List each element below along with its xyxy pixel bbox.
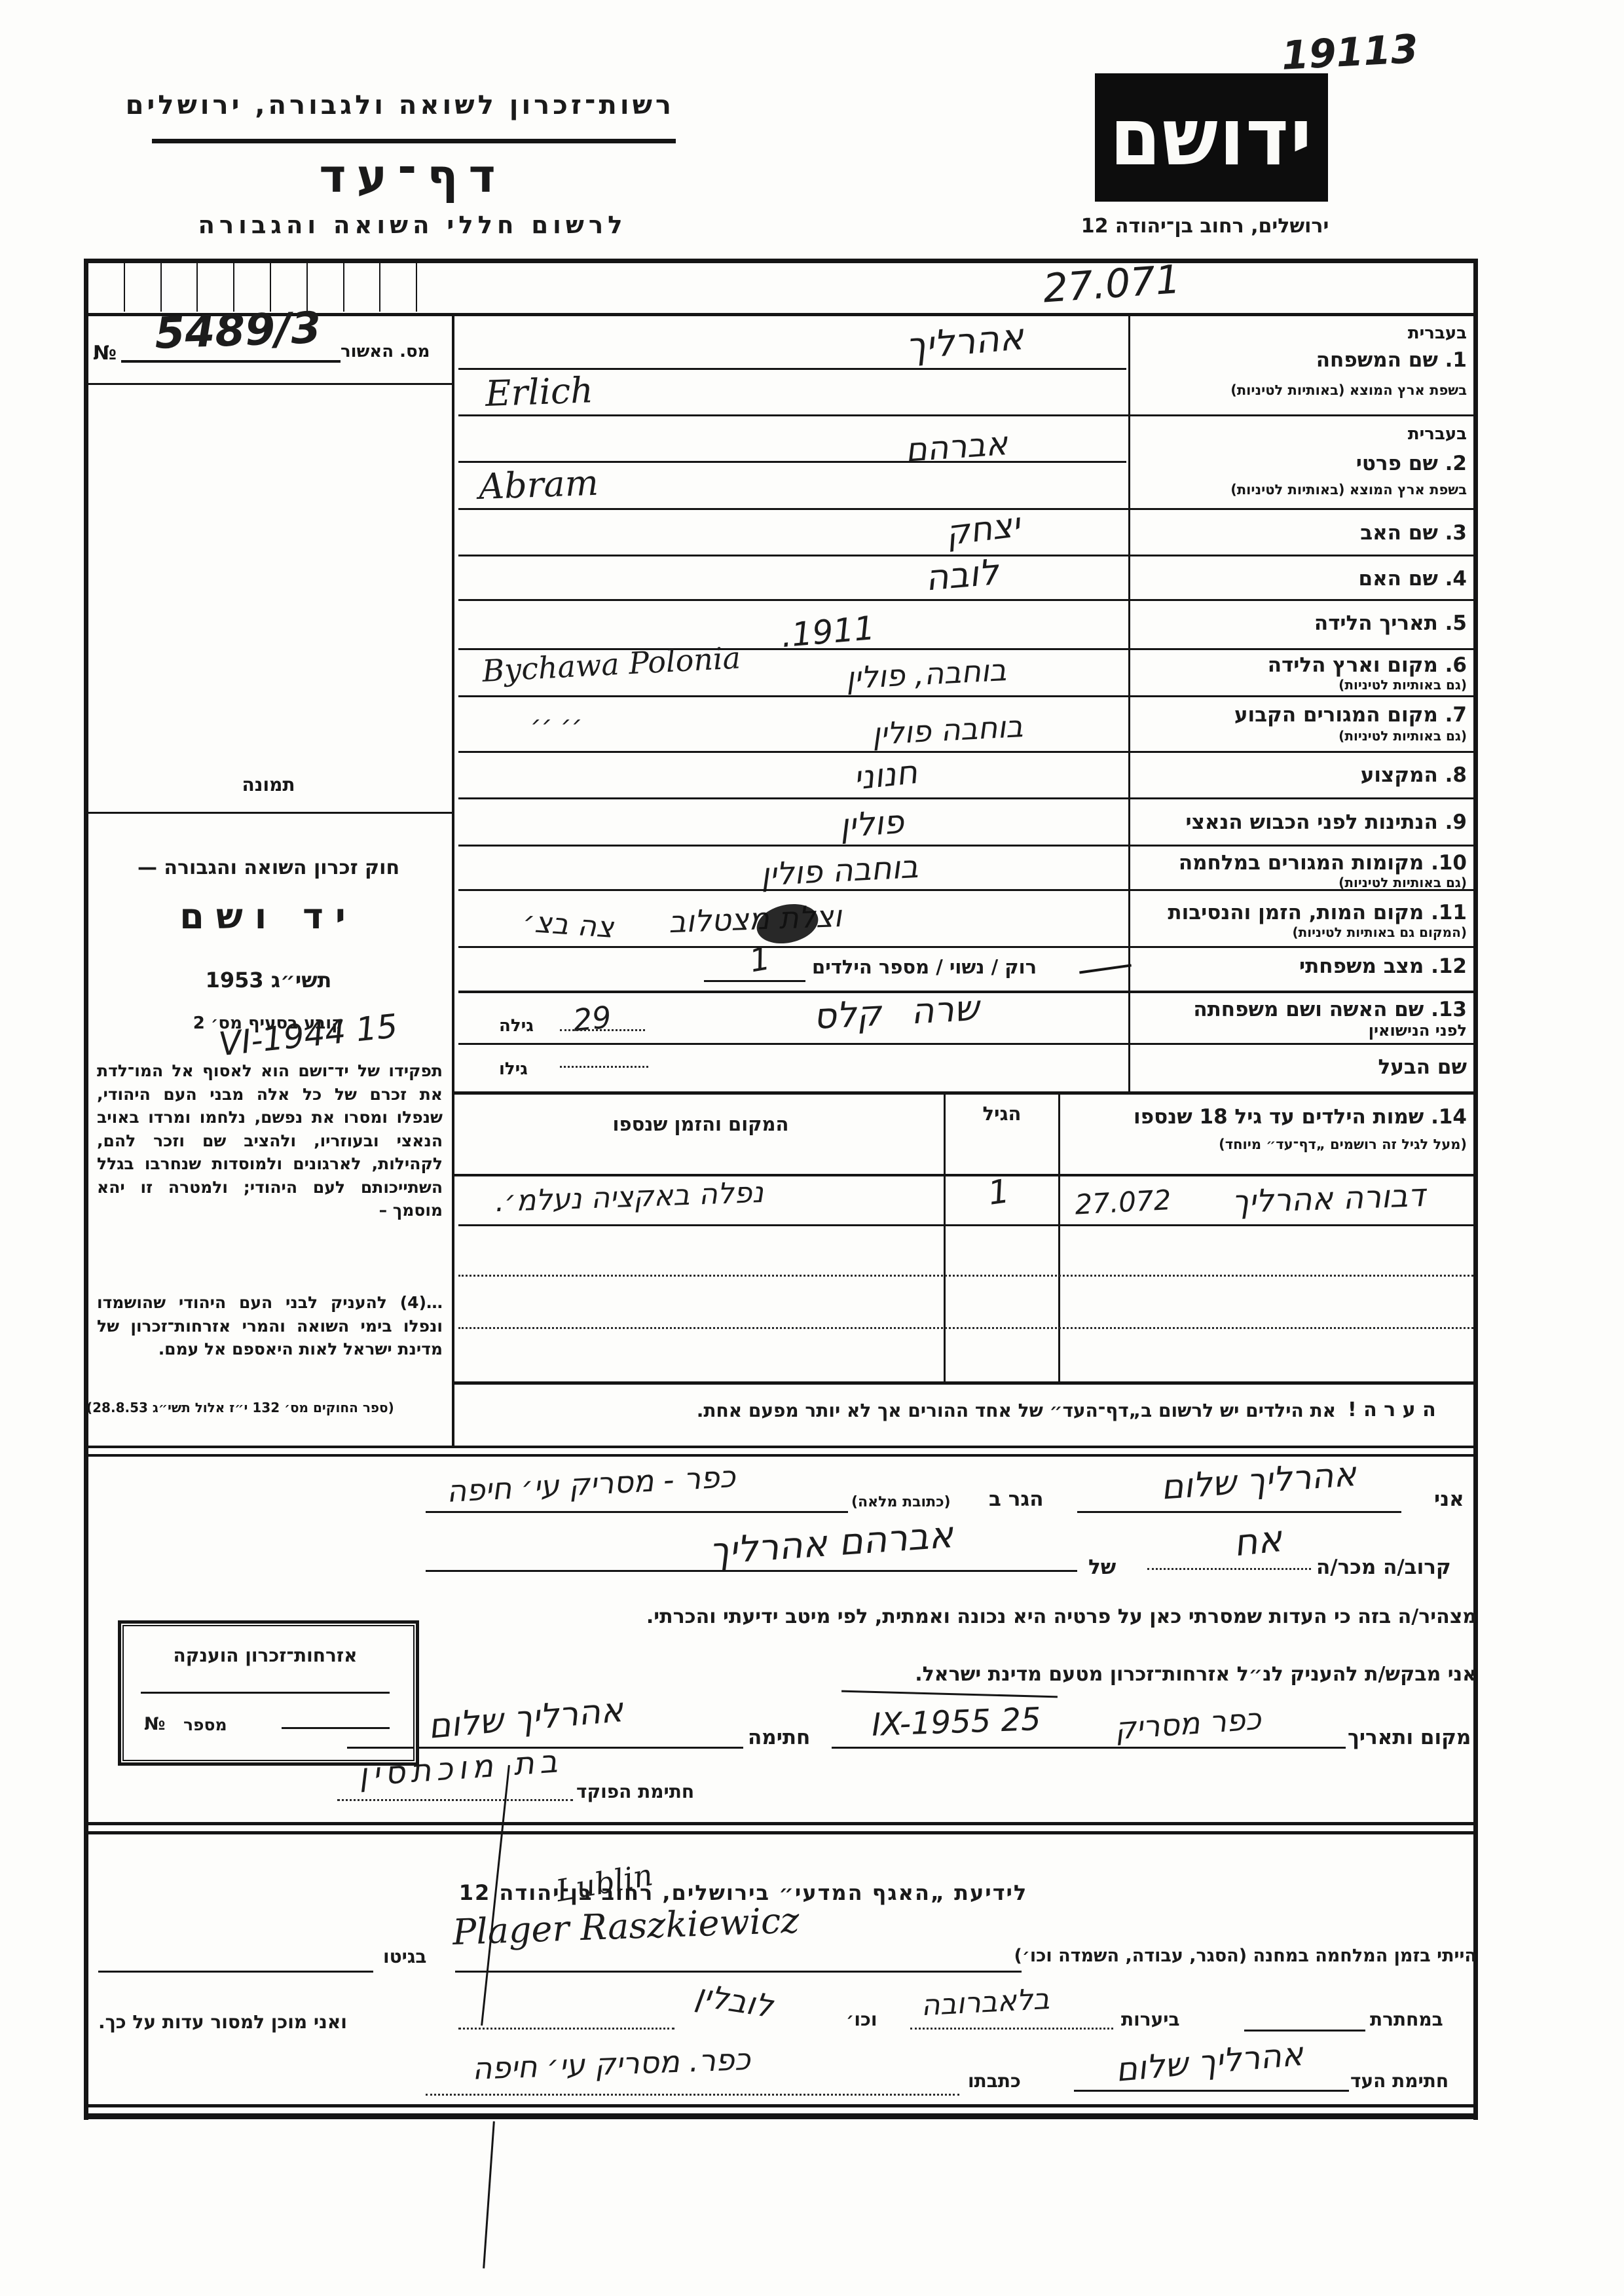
field11-note: (המקום גם באותיות לטיניות) bbox=[1136, 924, 1467, 940]
wife-age-label: גילה bbox=[499, 1016, 534, 1036]
decl-relative-label: קרוב/ה מכר/ה bbox=[1316, 1556, 1451, 1579]
corner-number: 19113 bbox=[1280, 26, 1419, 79]
row1-separator bbox=[458, 414, 1477, 416]
field7-label: 7. מקום המגורים הקבוע bbox=[1136, 703, 1467, 727]
etc-hw: לובלין bbox=[693, 1977, 775, 2025]
field7-note: (גם באותיות לטיניות) bbox=[1136, 728, 1467, 744]
answer6-latin: Bychawa Polonia bbox=[481, 640, 741, 689]
section-rule-a bbox=[84, 1446, 1478, 1448]
decl-place-date-underline bbox=[832, 1747, 1346, 1749]
witness-sig-underline bbox=[1074, 2090, 1349, 2092]
etc-line bbox=[458, 2028, 674, 2030]
decl-of-label: של bbox=[1088, 1556, 1116, 1579]
field1-lang: בעברית bbox=[1283, 323, 1467, 343]
husband-age-line bbox=[560, 1066, 648, 1068]
field8-label: 8. המקצוע bbox=[1136, 763, 1467, 787]
approval-no-symbol: № bbox=[93, 342, 117, 365]
law-title: חוק זכרון השואה והגבורה — bbox=[98, 856, 439, 879]
camps-label: הייתי בזמן המלחמה במחנה (הסגר, עבודה, הש… bbox=[1025, 1946, 1477, 1966]
decl-request-hand-line bbox=[841, 1690, 1058, 1698]
wife-age: 29 bbox=[571, 999, 613, 1038]
child-age: 1 bbox=[986, 1172, 1012, 1212]
photo-box-bottom bbox=[84, 812, 454, 814]
law-clause: …(4) להעניק לבני העם היהודי שהושמדו ונפל… bbox=[97, 1291, 443, 1361]
answer2-latin: Abram bbox=[478, 462, 599, 507]
decl-i-label: אני bbox=[1434, 1487, 1464, 1511]
field13-label: 13. שם האשה ושם משפחתה bbox=[1136, 998, 1467, 1021]
field12-options: רוק / נשוי / מספר הילדים bbox=[812, 956, 1037, 978]
child-name: דבורה אהרליך bbox=[1231, 1177, 1426, 1220]
field13-note: לפני הנישואין bbox=[1136, 1021, 1467, 1040]
field5-label: 5. תאריך הלידה bbox=[1136, 611, 1467, 635]
answer3: יצחק bbox=[944, 505, 1022, 553]
decl-relation-line bbox=[1147, 1568, 1311, 1570]
citizenship-box: אזרחות־זכרון הוענקה מספר № bbox=[118, 1620, 419, 1766]
answer7: בוחבה פולין bbox=[871, 708, 1024, 752]
form-border-left bbox=[1473, 259, 1478, 2120]
forests-line bbox=[910, 2028, 1113, 2030]
testimony-page: 19113 רשות־זכרון לשואה ולגבורה, ירושלים … bbox=[0, 0, 1624, 2296]
husband-label: שם הבעל bbox=[1136, 1055, 1467, 1079]
photo-label: תמונה bbox=[196, 774, 341, 795]
note-label: ה ע ר ה ! bbox=[1348, 1398, 1436, 1421]
forests-hw: בלאברובה bbox=[920, 1982, 1050, 2022]
note-text: את הילדים יש לרשום ב„דף־העד״ של אחד ההור… bbox=[570, 1400, 1336, 1421]
child-number: 27.072 bbox=[1074, 1184, 1172, 1221]
form-title: דף־עד bbox=[301, 149, 524, 203]
form-border-bottom-b bbox=[84, 2113, 1478, 2119]
field4-label: 4. שם האם bbox=[1136, 567, 1467, 591]
decl-signature-label: חתימה bbox=[748, 1726, 810, 1749]
ghetto-line bbox=[98, 1971, 373, 1973]
citizenship-no-symbol: № bbox=[144, 1714, 165, 1734]
answer1-latin: Erlich bbox=[485, 369, 594, 414]
answer4: לובה bbox=[923, 551, 1000, 599]
header-rule bbox=[152, 139, 676, 143]
answer13: שרה קלס bbox=[812, 987, 980, 1037]
section-rule-b bbox=[84, 1454, 1478, 1457]
answer10: בוחבה פולין bbox=[760, 848, 919, 894]
row11-separator bbox=[458, 946, 1477, 948]
field6-note: (גם באותיות לטיניות) bbox=[1136, 677, 1467, 693]
field1-note: בשפת ארץ המוצא (באותיות לטיניות) bbox=[1136, 382, 1467, 398]
citizenship-line-1 bbox=[141, 1692, 390, 1694]
left-column-border bbox=[452, 313, 454, 1447]
approval-value: 5489/3 bbox=[154, 302, 322, 359]
witness-address-label: כתבתו bbox=[968, 2070, 1021, 2092]
decl-address: כפר - מסריק עי׳ חיפה bbox=[446, 1459, 737, 1509]
law-year: תשי״ג 1953 bbox=[98, 968, 439, 993]
row13-separator bbox=[458, 1043, 1477, 1045]
answer9: פולין bbox=[838, 803, 905, 845]
decl-address-note: (כתובת מלאה) bbox=[851, 1494, 951, 1510]
answer2-underline-he bbox=[458, 461, 1126, 463]
form-border-top bbox=[84, 259, 1478, 263]
forests-label: ביערות bbox=[1121, 2009, 1180, 2030]
wife-age-line bbox=[560, 1029, 645, 1031]
underground-line bbox=[1244, 2030, 1365, 2032]
citizenship-line-2 bbox=[282, 1727, 390, 1729]
field14-note: (מעל לגיל זה רושמים „דף־עד״ מיוחד) bbox=[1074, 1137, 1467, 1152]
bottom-section-rule-b bbox=[84, 1831, 1478, 1834]
decl-place: כפר מסריק bbox=[1114, 1701, 1263, 1746]
row10-separator bbox=[458, 889, 1477, 891]
yad-vashem-logo: ידושם bbox=[1095, 73, 1328, 202]
approval-label: מס. האשור bbox=[341, 342, 430, 361]
decl-address-underline bbox=[426, 1511, 848, 1513]
etc-label: וכו׳ bbox=[846, 2009, 877, 2030]
answer1-underline-he bbox=[458, 368, 1126, 370]
table-row2-line bbox=[458, 1275, 1473, 1277]
table-col-age: הגיל bbox=[950, 1102, 1054, 1125]
form-subtitle: לרשום חללי השואה והגבורה bbox=[170, 211, 655, 239]
field2-lang: בעברית bbox=[1283, 424, 1467, 444]
answer1-hebrew: אהרליך bbox=[904, 316, 1025, 368]
file-number: 27.071 bbox=[1042, 257, 1182, 312]
decl-date: 25 IX-1955 bbox=[871, 1701, 1041, 1743]
table-row1-line bbox=[458, 1224, 1473, 1226]
witness-sig-hw: אהרליך שלום bbox=[1114, 2035, 1304, 2089]
table-divider-age-left bbox=[944, 1091, 946, 1381]
husband-age-label: גילו bbox=[499, 1059, 528, 1079]
testify-label: ואני מוכן למסור עדות על כך. bbox=[98, 2011, 347, 2033]
law-paragraph: תפקידו של יד־ושם הוא לאסוף אל המו־לדת את… bbox=[97, 1059, 443, 1222]
decl-of-name-underline bbox=[426, 1570, 1077, 1572]
approval-underline bbox=[121, 360, 341, 363]
table-bottom-border bbox=[454, 1381, 1477, 1385]
decl-declare-line: מצהיר/ה בזה כי העדות שמסרתי כאן על פרטיה… bbox=[419, 1605, 1477, 1628]
row8-separator bbox=[458, 797, 1477, 799]
citizenship-title: אזרחות־זכרון הוענקה bbox=[134, 1645, 396, 1666]
bottom-section-rule-a bbox=[84, 1822, 1478, 1825]
answer11-extra: צה בצ׳ bbox=[522, 905, 615, 945]
logo-text: ידושם bbox=[1110, 92, 1313, 183]
field2-label: 2. שם פרטי bbox=[1136, 452, 1467, 475]
option-strike bbox=[1079, 964, 1132, 974]
table-col-place: המקום והזמן שנספו bbox=[570, 1113, 832, 1135]
decl-relation: אח bbox=[1231, 1518, 1283, 1565]
field10-label: 10. מקומות המגורים במלחמה bbox=[1136, 851, 1467, 875]
label-column-divider bbox=[1128, 313, 1130, 1091]
answer7-ditto: ׳׳ ׳׳ bbox=[530, 710, 582, 740]
decl-request-line: אני מבקש/ת להעניק לנ״ל אזרחות־זכרון מטעם… bbox=[822, 1663, 1477, 1686]
camps-hw: Plager Raszkiewicz bbox=[452, 1900, 800, 1953]
row4-separator bbox=[458, 599, 1477, 601]
table-divider-age-right bbox=[1058, 1091, 1060, 1381]
field10-note: (גם באותיות לטיניות) bbox=[1136, 875, 1467, 890]
decl-of-name: אברהם אהרליך bbox=[708, 1514, 955, 1573]
field14-label: 14. שמות הילדים עד גיל 18 שנספו bbox=[1074, 1105, 1467, 1129]
answer6-hebrew: בוחבה, פולין bbox=[845, 652, 1007, 696]
decl-signature: אהרליך שלום bbox=[426, 1690, 625, 1747]
camps-underline bbox=[455, 1971, 1022, 1973]
answer12-underline bbox=[704, 980, 805, 982]
field11-label: 11. מקום המות, הזמן והנסיבות bbox=[1136, 901, 1467, 924]
field12-label: 12. מצב משפחתי bbox=[1136, 955, 1467, 978]
field6-label: 6. מקום וארץ הלידה bbox=[1136, 653, 1467, 677]
field9-label: 9. הנתינות לפני הכבוש הנאצי bbox=[1136, 811, 1467, 834]
field2-note: בשפת ארץ המוצא (באותיות לטיניות) bbox=[1136, 482, 1467, 498]
pen-stroke-2 bbox=[483, 2121, 495, 2269]
citizenship-number-label: מספר bbox=[183, 1715, 227, 1734]
table-row3-line bbox=[458, 1327, 1473, 1329]
registrar-line bbox=[337, 1799, 573, 1801]
law-source: (ספר החוקים מס׳ 132 י״ז אלול תשי״ג 28.8.… bbox=[86, 1400, 394, 1415]
field3-label: 3. שם האב bbox=[1136, 521, 1467, 545]
witness-sig-label: חתימת העד bbox=[1350, 2070, 1449, 2092]
decl-place-date-label: מקום ותאריך bbox=[1348, 1726, 1471, 1749]
row2-separator bbox=[458, 508, 1477, 510]
answer8: חנוני bbox=[852, 753, 919, 797]
row9-separator bbox=[458, 845, 1477, 847]
law-name: יד ושם bbox=[98, 896, 439, 937]
underground-label: במחתרת bbox=[1370, 2009, 1443, 2030]
form-border-bottom-a bbox=[84, 2104, 1478, 2107]
table-top-border bbox=[454, 1091, 1477, 1095]
decl-name: אהרליך שלום bbox=[1160, 1455, 1357, 1508]
logo-address: ירושלים, רחוב בן־יהודה 12 bbox=[1035, 215, 1375, 238]
registrar-label: חתימת הפוקד bbox=[576, 1781, 694, 1802]
table-header-rule bbox=[454, 1174, 1477, 1176]
approval-box-bottom bbox=[84, 383, 454, 385]
row6-separator bbox=[458, 695, 1477, 697]
authority-line: רשות־זכרון לשואה ולגבורה, ירושלים bbox=[151, 90, 674, 120]
field1-label: 1. שם המשפחה bbox=[1136, 348, 1467, 372]
child-place: נפלה באקציה נעלמ׳. bbox=[494, 1176, 764, 1218]
form-border-right bbox=[84, 259, 88, 2120]
row7-separator bbox=[458, 751, 1477, 753]
witness-address-hw: כפר. מסריק עי׳ חיפה bbox=[471, 2041, 750, 2086]
decl-name-underline bbox=[1077, 1511, 1401, 1513]
ghetto-label: בגיטו bbox=[383, 1946, 426, 1967]
decl-resides-label: הגר ב bbox=[989, 1487, 1044, 1511]
witness-address-line bbox=[426, 2094, 959, 2096]
